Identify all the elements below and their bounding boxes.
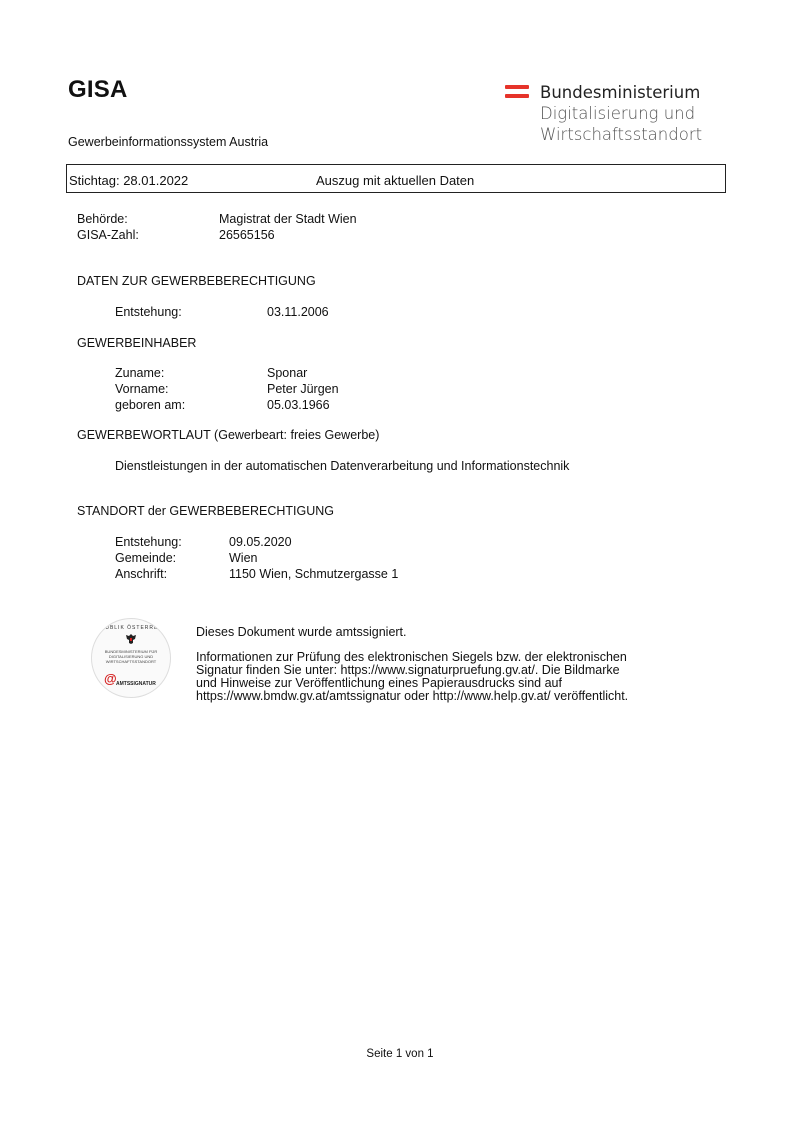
vorname-label: Vorname: bbox=[115, 382, 169, 396]
amtssignatur-seal-icon: REPUBLIK ÖSTERREICH BUNDESMINISTERIUM FÜ… bbox=[91, 618, 171, 698]
anschrift-label: Anschrift: bbox=[115, 567, 167, 581]
section-heading-standort: STANDORT der GEWERBEBERECHTIGUNG bbox=[77, 504, 334, 518]
summary-box: Stichtag: 28.01.2022 Auszug mit aktuelle… bbox=[66, 164, 726, 193]
geboren-label: geboren am: bbox=[115, 398, 185, 412]
extract-type: Auszug mit aktuellen Daten bbox=[316, 173, 474, 188]
signature-info-line-4: https://www.bmdw.gv.at/amtssignatur oder… bbox=[196, 690, 628, 703]
seal-ministry-text: BUNDESMINISTERIUM FÜR DIGITALISIERUNG UN… bbox=[92, 649, 170, 664]
vorname-value: Peter Jürgen bbox=[267, 382, 339, 396]
gemeinde-label: Gemeinde: bbox=[115, 551, 176, 565]
page-number: Seite 1 von 1 bbox=[0, 1048, 800, 1060]
zuname-value: Sponar bbox=[267, 366, 307, 380]
gisa-zahl-value: 26565156 bbox=[219, 228, 275, 242]
gisa-zahl-label: GISA-Zahl: bbox=[77, 228, 139, 242]
section-heading-gewerbeberechtigung: DATEN ZUR GEWERBEBERECHTIGUNG bbox=[77, 274, 316, 288]
seal-amtssignatur-text: AMTSSIGNATUR bbox=[116, 681, 156, 687]
at-icon: @ bbox=[104, 671, 117, 686]
entstehung-value: 03.11.2006 bbox=[267, 305, 329, 319]
section-heading-gewerbeinhaber: GEWERBEINHABER bbox=[77, 336, 196, 350]
stichtag: Stichtag: 28.01.2022 bbox=[69, 173, 188, 188]
geboren-value: 05.03.1966 bbox=[267, 398, 330, 412]
gewerbewortlaut-text: Dienstleistungen in der automatischen Da… bbox=[115, 459, 569, 473]
gisa-subtitle: Gewerbeinformationssystem Austria bbox=[68, 135, 268, 149]
logo-line-3: Wirtschaftsstandort bbox=[540, 124, 702, 145]
entstehung-label: Entstehung: bbox=[115, 305, 182, 319]
standort-entstehung-value: 09.05.2020 bbox=[229, 535, 292, 549]
logo-line-2: Digitalisierung und bbox=[540, 103, 702, 124]
seal-republic-text: REPUBLIK ÖSTERREICH bbox=[92, 625, 170, 631]
gisa-title: GISA bbox=[68, 76, 127, 104]
austria-flag-icon bbox=[505, 85, 529, 98]
section-heading-gewerbewortlaut: GEWERBEWORTLAUT (Gewerbeart: freies Gewe… bbox=[77, 428, 379, 442]
behoerde-value: Magistrat der Stadt Wien bbox=[219, 212, 357, 226]
logo-line-1: Bundesministerium bbox=[540, 82, 702, 103]
standort-entstehung-label: Entstehung: bbox=[115, 535, 182, 549]
anschrift-value: 1150 Wien, Schmutzergasse 1 bbox=[229, 567, 398, 581]
signed-note: Dieses Dokument wurde amtssigniert. bbox=[196, 626, 407, 639]
zuname-label: Zuname: bbox=[115, 366, 164, 380]
eagle-icon bbox=[125, 633, 137, 645]
behoerde-label: Behörde: bbox=[77, 212, 128, 226]
gemeinde-value: Wien bbox=[229, 551, 257, 565]
